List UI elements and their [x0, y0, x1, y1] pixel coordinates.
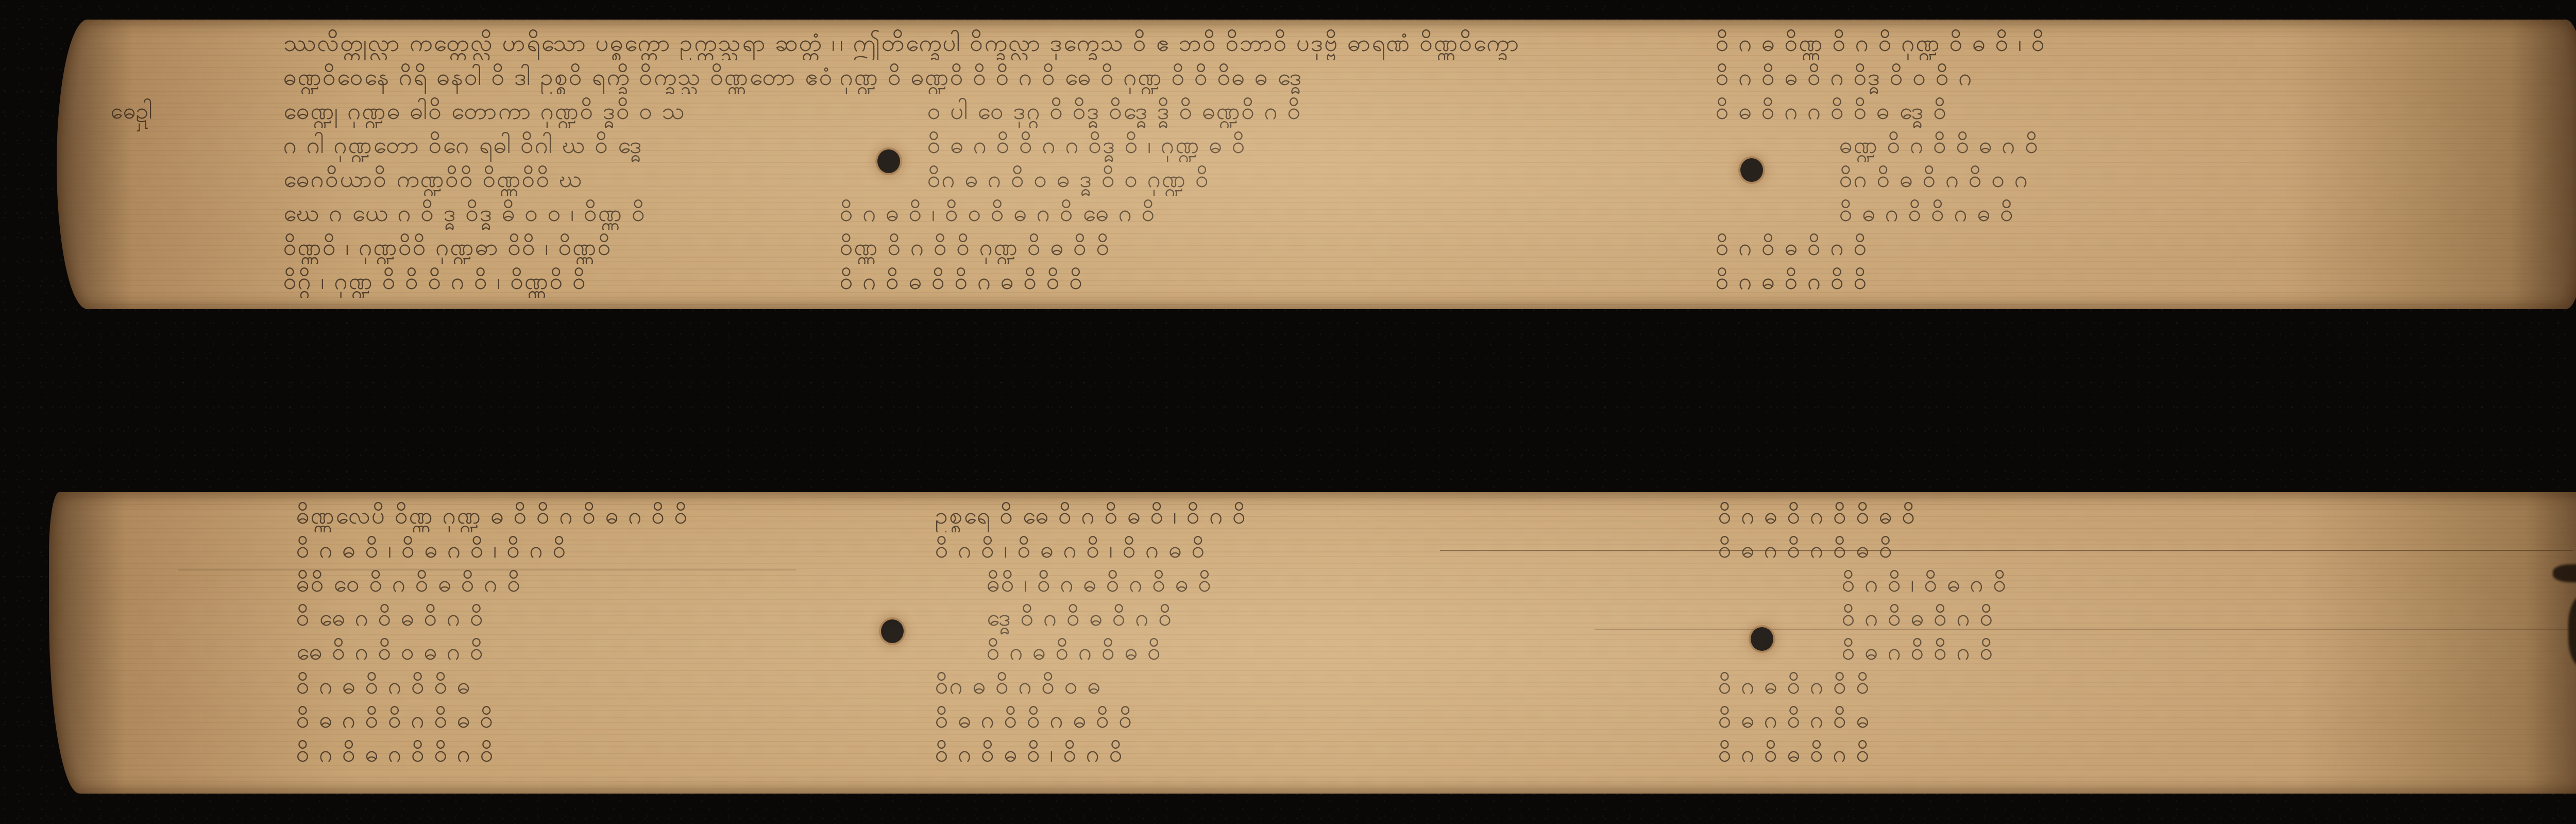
- binding-hole: [877, 149, 900, 173]
- text-line: ဂုဏ္ဍ ဝိ ဓဏ္ဍဝိ ဝိ ဝိ ဂ ဝိ ဓေ ဝိ ဂုဏ္ဍ ဝ…: [840, 60, 1716, 94]
- text-line: ဝိဂ ဝိ ဓ ဝိ ဂ ဝိ ဝ ဂ: [1716, 162, 2385, 196]
- binding-hole: [1740, 158, 1763, 182]
- text-line: ဝိဏ္ဏဝိ ၊ ဂုဏ္ဍဝိဝိ ဂုဏ္ဍဓာ ဝိဝိ ၊ ဝိဏ္ဏ…: [283, 230, 840, 264]
- text-line: ဂ ဂါ ဂုဏ္ဍတော ဝိဂေ ရဓါ ဝိဂါ ဃ ဝိ ဒ္ဓေ: [283, 128, 840, 162]
- edge-damage: [2553, 564, 2576, 582]
- text-line: ဝိ ဓ ဂ ဝိ ဝိ ဂ ဂ ဝိဒ္ဓ ဝိ ၊ ဂုဏ္ဍ ဓ ဝိ: [840, 128, 1716, 162]
- text-line: ဝိဂ္ဂိ ၊ ဂုဏ္ဍ ဝိ ဝိ ဝိ ဂ ဝိ ၊ ဝိဏ္ဏဝိ ဝ…: [283, 264, 840, 298]
- edge-damage: [2568, 595, 2576, 667]
- text-line: ဓိဏ္ဏလေပိ ဝိဏ္ဏ ဂုဏ္ဍ ဓ ဝိ ဝိ ဂ ဝိ ဓ ဂ ဝ…: [296, 498, 914, 532]
- text-line: ဝိ ဂ ဝိ ဓ ဝိ ဝိ ဂ ဓ ဝိ ဝိ ဝိ: [840, 264, 1716, 298]
- text-column-left: ဓိဏ္ဏလေပိ ဝိဏ္ဏ ဂုဏ္ဍ ဓ ဝိ ဝိ ဂ ဝိ ဓ ဂ ဝ…: [296, 498, 914, 770]
- text-line: ဝိ ဓ ဂ ဝိ ဝိ ဂ ဓ ဝိ ဝိ: [935, 702, 1708, 736]
- text-column-left: ဿလိတ္တုလ္လာ ကတ္တေလ္လိ ဟရိသော ပဓ္စက္တော ဥ…: [283, 26, 840, 298]
- palm-leaf-top: ဓေဍှါ ဿလိတ္တုလ္လာ ကတ္တေလ္လိ ဟရိသော ပဓ္စက…: [57, 20, 2576, 309]
- text-line: ဝိဂ ဓ ဝိ ဂ ဝိ ဝ ဓ: [935, 668, 1708, 702]
- text-line: ဝိဏ္ဏ ဝိ ဂ ဝိ ဝိ ဂုဏ္ဍ ဝိ ဓ ဝိ ဝိ: [840, 230, 1716, 264]
- text-line: ဝိ ဂ ဝိ ဓ ဝိ ဂ ဝိ: [1718, 736, 2388, 770]
- text-line: ဝိ ဓ ဝိ ဂ ဂ ဝိ ဝိ ဓ ဒ္ဓေ ဝိ: [1716, 94, 2385, 128]
- text-line: ဥစ္စရေ ဝိ ဓေ ဝိ ဂ ဝိ ဓ ဝိ ၊ ဝိ ဂ ဝိ: [935, 498, 1708, 532]
- text-column-middle: ၊ ဤတိက္ခေပါ ဝိက္ခလ္လာ ဒုက္ခေသ ဝိ ဧ ဘဝိ ဝ…: [840, 26, 1716, 298]
- text-line: ဝိ ဂ ဓ ဝိ ၊ ဝိ ဝ ဝိ ဓ ဂ ဝိ ဓေ ဂ ဝိ: [840, 196, 1716, 230]
- text-line: ဝိ ဂ ဓ ဝိ ဂ ဝိ ဝိ ဓ ဝိ: [1718, 498, 2388, 532]
- text-line: ဓေဂဝိယာဝိ ကဏ္ဍဝိဝိ ဝိဏ္ဏဝိဝိ ဃ: [283, 162, 840, 196]
- binding-hole: [1751, 627, 1773, 651]
- text-line: ဝိ ဂ ဓ ဝိ ဂ ဝိ ဝိ ဓ: [296, 668, 914, 702]
- text-line: ဒ္ဓေ ဝိ ဂ ဝိ ဓ ဝိ ဂ ဝိ: [935, 600, 1708, 634]
- text-line: ဝိ ဓ ဂ ဝိ ဂ ဝိ ဓ ဝိ: [1718, 532, 2388, 566]
- text-line: ဝိ ဂ ဝိ ၊ ဝိ ဓ ဂ ဝိ: [1718, 566, 2388, 600]
- text-line: ဝိဂ ဓ ဂ ဝိ ဝ ဓ ဒ္ဓ ဝိ ဝ ဂုဏ္ဍ ဝိ: [840, 162, 1716, 196]
- text-line: ၊ ဤတိက္ခေပါ ဝိက္ခလ္လာ ဒုက္ခေသ ဝိ ဧ ဘဝိ ဝ…: [840, 26, 1716, 60]
- text-line: ဝိ ဂ ဝိ ၊ ဝိ ဓ ဂ ဝိ ၊ ဝိ ဂ ဓ ဝိ: [935, 532, 1708, 566]
- text-line: ဓဏ္ဍ ဝိ ဂ ဝိ ဝိ ဓ ဂ ဝိ: [1716, 128, 2385, 162]
- text-line: ဝိ ဓ ဂ ဝိ ဝိ ဂ ဝိ: [1718, 634, 2388, 668]
- text-line: ဝိ ဂ ဝိ ဓ ဝိ ၊ ဝိ ဂ ဝိ: [935, 736, 1708, 770]
- text-line: ဓေဏ္ဍု ဂုဏ္ဍဓ ဓါဝိ တောကာ ဂုဏ္ဍဝိ ဒ္ဓဝိ ဝ…: [283, 94, 840, 128]
- palm-leaf-bottom: ဓိဏ္ဏလေပိ ဝိဏ္ဏ ဂုဏ္ဍ ဓ ဝိ ဝိ ဂ ဝိ ဓ ဂ ဝ…: [49, 492, 2576, 794]
- text-column-right: ဝိ ဂ ဓ ဝိဏ္ဏ ဝိ ဂ ဝိ ဂုဏ္ဍ ဝိ ဓ ဝိ ၊ ဝိ …: [1716, 26, 2385, 298]
- text-line: ဝိ ဂ ဝိ ဓ ဝိ ဂ ဝိဒ္ဓ ဝိ ဝ ဝိ ဂ: [1716, 60, 2385, 94]
- text-line: ဝ ပါ ဝေ ဒုဂ္ဂ ဝိ ဝိဒ္ဓ ဝိဒ္ဓေ ဒ္ဓိ ဝိ ဓဏ…: [840, 94, 1716, 128]
- text-line: ဓဏ္ဍဝိဝေနေ ဂိရိ ဓနဝါ ဝိ ဒါ ဥစ္စဝိ ရက္ခိ …: [283, 60, 840, 94]
- text-line: ဝိ ဂ ဓ ဝိဏ္ဏ ဝိ ဂ ဝိ ဂုဏ္ဍ ဝိ ဓ ဝိ ၊ ဝိ: [1716, 26, 2385, 60]
- text-line: ဓေ ဝိ ဂ ဝိ ဝ ဓ ဂ ဝိ: [296, 634, 914, 668]
- text-line: ဝိ ဓ ဂ ဝိ ဂ ဝိ ဓ: [1718, 702, 2388, 736]
- text-line: ဝိ ဓ ဂ ဝိ ဝိ ဂ ဓ ဝိ: [1716, 196, 2385, 230]
- text-line: ဓိဝိ ဝေ ဝိ ဂ ဝိ ဓ ဝိ ဂ ဝိ: [296, 566, 914, 600]
- text-line: ဝိ ဓေ ဂ ဝိ ဓ ဝိ ဂ ဝိ: [296, 600, 914, 634]
- text-line: ဃေ ဂ ယေ ဂ ဝိ ဒ္ဓ ဝိဒ္ဓ ဓိ ဝ ဝ ၊ ဝိဏ္ဏ ဝိ: [283, 196, 840, 230]
- text-line: ဝိ ဂ ဓ ဝိ ဂ ဝိ ဝိ: [1718, 668, 2388, 702]
- binding-hole: [881, 619, 904, 643]
- text-line: ဝိ ဂ ဝိ ဓ ဝိ ဂ ဝိ: [1716, 230, 2385, 264]
- text-line: ဝိ ဂ ဓ ဝိ ၊ ဝိ ဓ ဂ ဝိ ၊ ဝိ ဂ ဝိ: [296, 532, 914, 566]
- text-column-middle: ဥစ္စရေ ဝိ ဓေ ဝိ ဂ ဝိ ဓ ဝိ ၊ ဝိ ဂ ဝိ ဝိ ဂ…: [935, 498, 1708, 770]
- text-line: ဓိဝိ ၊ ဝိ ဂ ဓ ဝိ ဂ ဝိ ဓ ဝိ: [935, 566, 1708, 600]
- text-line: ဿလိတ္တုလ္လာ ကတ္တေလ္လိ ဟရိသော ပဓ္စက္တော ဥ…: [283, 26, 840, 60]
- text-line: ဝိ ဂ ဝိ ဓ ဝိ ဂ ဝိ: [1718, 600, 2388, 634]
- text-line: ဝိ ဓ ဂ ဝိ ဝိ ဂ ဝိ ဓ ဝိ: [296, 702, 914, 736]
- text-line: ဝိ ဂ ဓ ဝိ ဂ ဝိ ဓ ဝိ: [935, 634, 1708, 668]
- text-column-right: ဝိ ဂ ဓ ဝိ ဂ ဝိ ဝိ ဓ ဝိ ဝိ ဓ ဂ ဝိ ဂ ဝိ ဓ …: [1718, 498, 2388, 770]
- folio-marker: ဓေဍှါ: [111, 97, 152, 130]
- text-line: ဝိ ဂ ဓ ဝိ ဂ ဝိ ဝိ: [1716, 264, 2385, 298]
- text-line: ဝိ ဂ ဝိ ဓ ဂ ဝိ ဝိ ဂ ဝိ: [296, 736, 914, 770]
